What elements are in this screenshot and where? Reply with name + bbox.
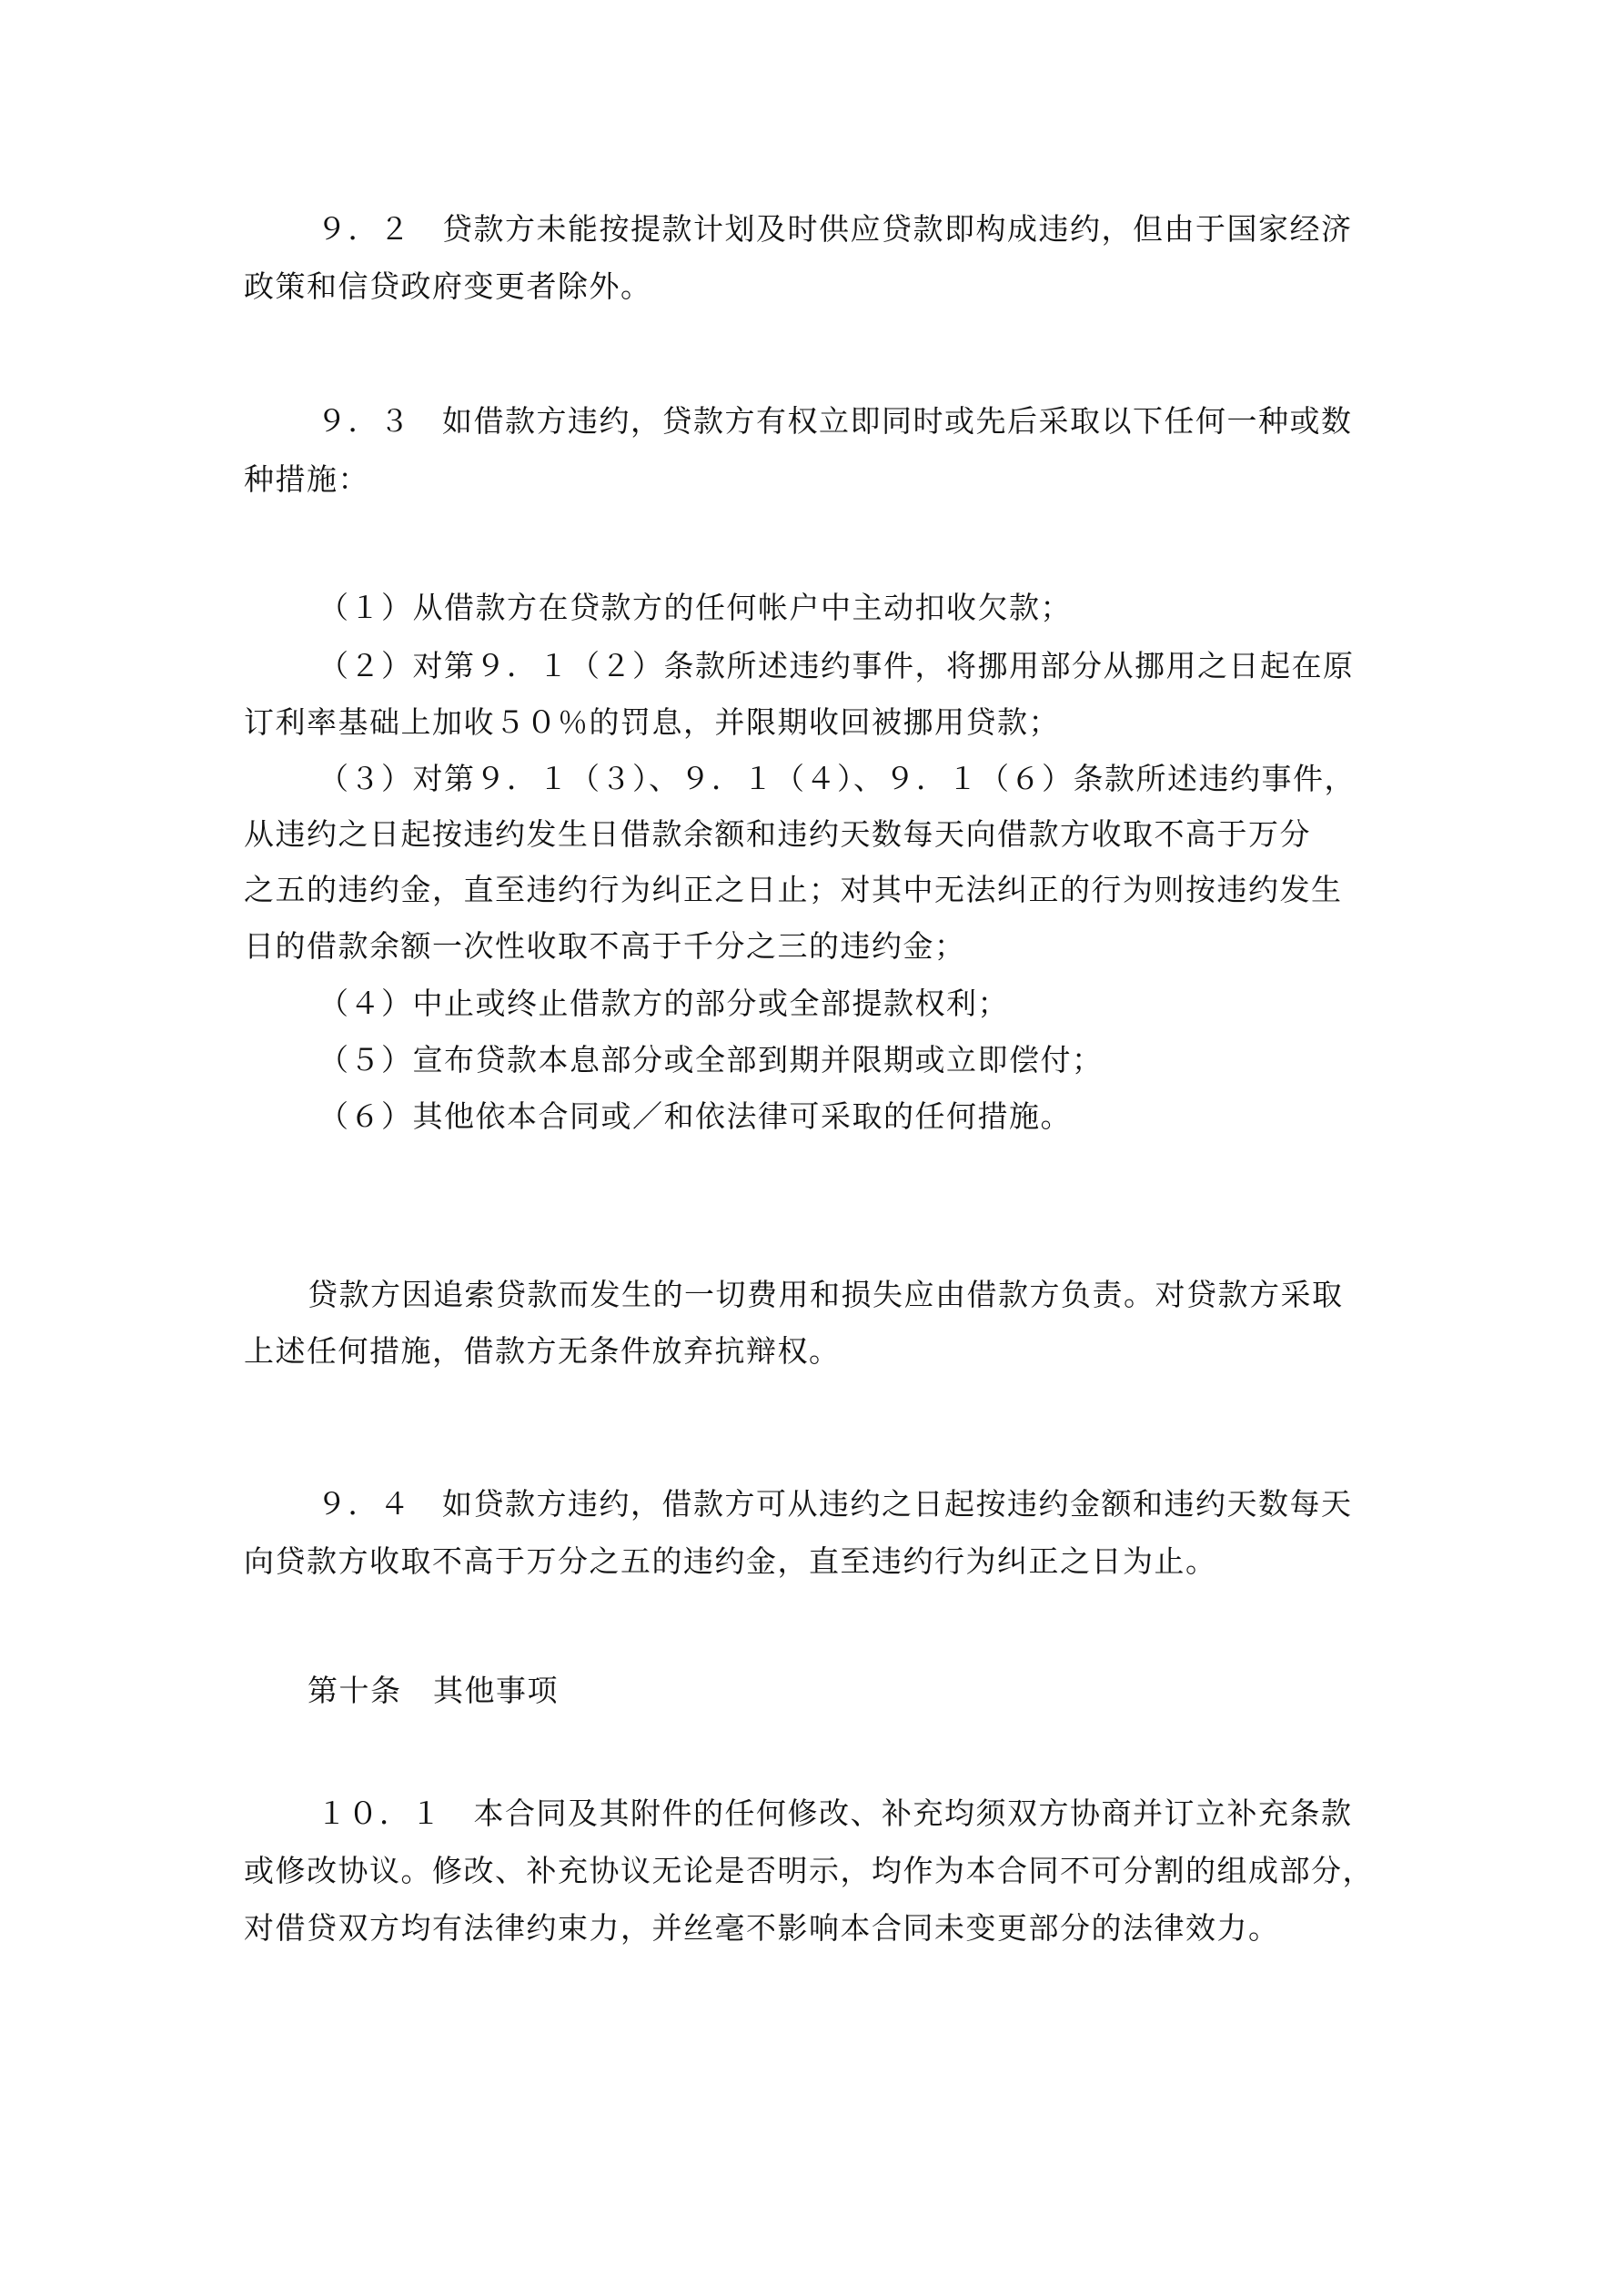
measure-6: （６）其他依本合同或／和依法律可采取的任何措施。 — [318, 1098, 1072, 1135]
clause-9-4-line-2: 向贷款方收取不高于万分之五的违约金，直至违约行为纠正之日为止。 — [244, 1543, 1217, 1580]
measure-3-line-2: 从违约之日起按违约发生日借款余额和违约天数每天向借款方收取不高于万分 — [244, 816, 1311, 853]
clause-10-1-line-3: 对借贷双方均有法律约束力，并丝毫不影响本合同未变更部分的法律效力。 — [244, 1910, 1280, 1947]
clause-9-2-line-2: 政策和信贷政府变更者除外。 — [244, 268, 652, 305]
measure-3-line-4: 日的借款余额一次性收取不高于千分之三的违约金； — [244, 928, 966, 965]
measure-2-line-1: （２）对第９．１（２）条款所述违约事件，将挪用部分从挪用之日起在原 — [318, 648, 1355, 684]
clause-9-3-line-1: ９．３ 如借款方违约，贷款方有权立即同时或先后采取以下任何一种或数 — [317, 403, 1353, 440]
measure-4: （４）中止或终止借款方的部分或全部提款权利； — [318, 986, 1009, 1022]
clause-9-3-line-2: 种措施： — [244, 461, 369, 498]
clause-10-1-line-2: 或修改协议。修改、补充协议无论是否明示，均作为本合同不可分割的组成部分， — [244, 1853, 1374, 1889]
measure-1: （１）从借款方在贷款方的任何帐户中主动扣收欠款； — [318, 590, 1072, 626]
clause-9-4-line-1: ９．４ 如贷款方违约，借款方可从违约之日起按违约金额和违约天数每天 — [317, 1486, 1353, 1522]
measure-5: （５）宣布贷款本息部分或全部到期并限期或立即偿付； — [318, 1042, 1104, 1078]
clause-9-2-line-1: ９．２ 贷款方未能按提款计划及时供应贷款即构成违约，但由于国家经济 — [317, 211, 1353, 248]
measure-3-line-1: （３）对第９．１（３）、９．１（４）、９．１（６）条款所述违约事件， — [318, 761, 1356, 797]
measure-3-line-3: 之五的违约金，直至违约行为纠正之日止；对其中无法纠正的行为则按违约发生 — [244, 872, 1343, 908]
costs-line-2: 上述任何措施，借款方无条件放弃抗辩权。 — [244, 1333, 841, 1370]
clause-10-1-line-1: １０．１ 本合同及其附件的任何修改、补充均须双方协商并订立补充条款 — [317, 1795, 1353, 1832]
article-10-heading: 第十条 其他事项 — [308, 1673, 559, 1709]
measure-2-line-2: 订利率基础上加收５０％的罚息，并限期收回被挪用贷款； — [244, 704, 1060, 741]
costs-line-1: 贷款方因追索贷款而发生的一切费用和损失应由借款方负责。对贷款方采取 — [308, 1277, 1344, 1313]
